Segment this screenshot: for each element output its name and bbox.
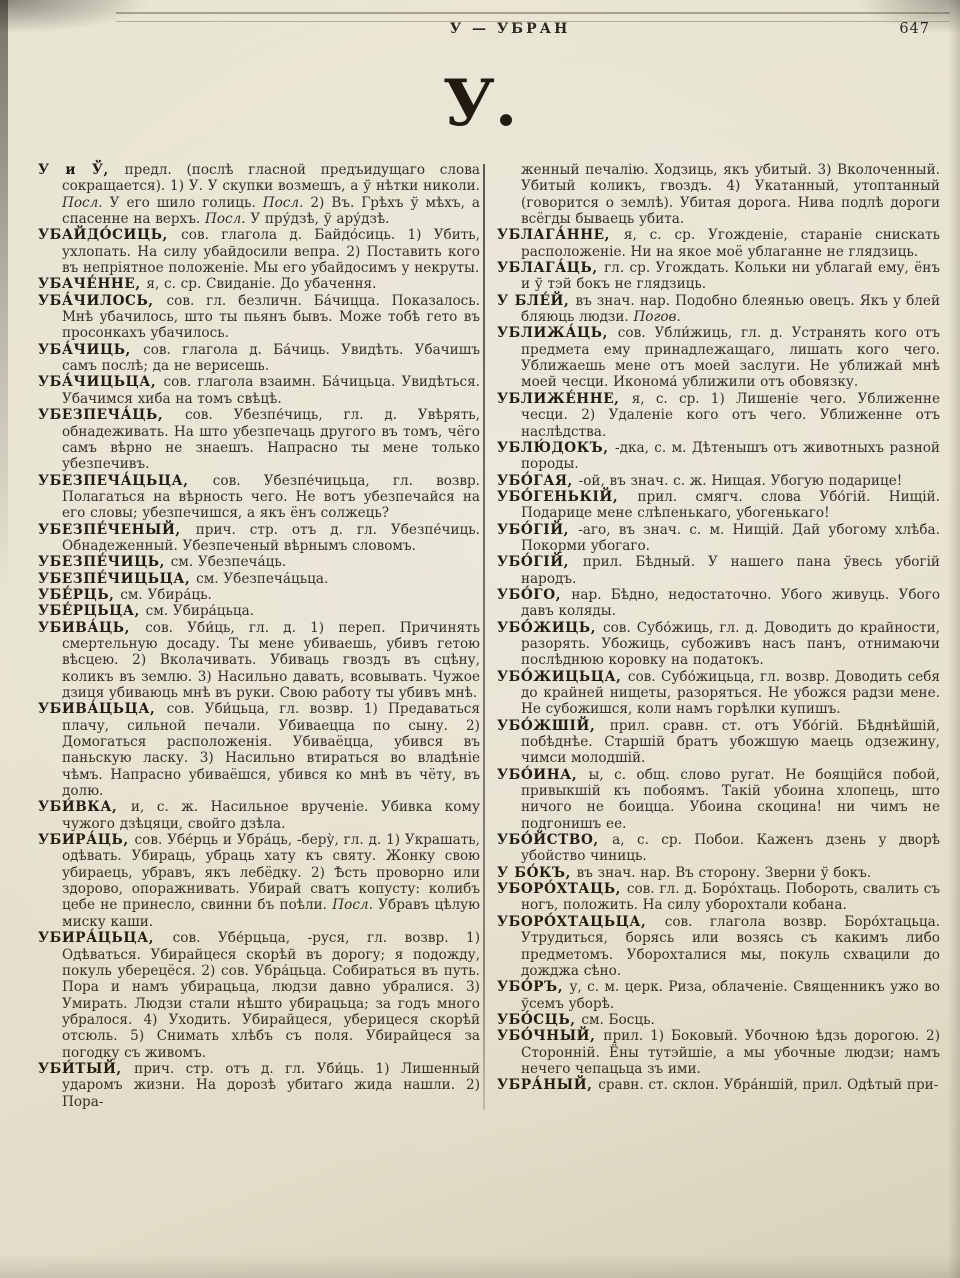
dictionary-entry: УБЕЗПЕЧА́ЦЬ, сов. Убезпе́чиць, гл. д. Ув… xyxy=(38,407,480,472)
entry-term: УБО́ЖИЦЬ, xyxy=(497,620,603,636)
dictionary-entry: УБЕЗПЕ́ЧЕНЫЙ, прич. стр. отъ д. гл. Убез… xyxy=(38,522,480,555)
entry-term: УБАЧЕ́ННЕ, xyxy=(38,276,146,292)
entry-body: предл. (послѣ гласной предъидущаго слова… xyxy=(62,162,480,227)
entry-term: УБО́РЪ, xyxy=(497,979,569,995)
entry-term: УБО́ГІЙ, xyxy=(497,522,578,538)
dictionary-entry: УБЛЮ́ДОКЪ, -дка, с. м. Дѣтенышъ отъ живо… xyxy=(497,440,940,473)
entry-body: женный печалію. Ходзиць, якъ убитый. 3) … xyxy=(521,162,940,227)
dictionary-entry: УБО́ЖИЦЬЦА, сов. Субо́жицьца, гл. возвр.… xyxy=(497,669,940,718)
dictionary-entry: женный печалію. Ходзиць, якъ убитый. 3) … xyxy=(497,162,940,227)
dictionary-entry: УБО́ГО, нар. Бѣдно, недостаточно. Убого … xyxy=(497,587,940,620)
dictionary-entry: УБО́ЧНЫЙ, прил. 1) Боковый. Убочною ѣдзь… xyxy=(497,1028,940,1077)
entry-term: УБЛИЖЕ́ННЕ, xyxy=(497,391,632,407)
entry-term: У БО́КЪ, xyxy=(497,865,577,881)
dictionary-entry: УБЕЗПЕЧА́ЦЬЦА, сов. Убезпе́чицьца, гл. в… xyxy=(38,473,480,522)
running-head: У — УБРАН xyxy=(60,21,960,37)
dictionary-entry: УБИВА́ЦЬ, сов. Уби́ць, гл. д. 1) переп. … xyxy=(38,620,480,702)
dictionary-entry: УБЕЗПЕ́ЧИЦЬ, см. Убезпеча́ць. xyxy=(38,554,480,570)
entry-body: см. Убезпеча́ць. xyxy=(171,554,286,570)
entry-body: -ой, въ знач. с. ж. Нищая. Убогую подари… xyxy=(579,473,903,489)
dictionary-entry: УБИРА́ЦЬ, сов. Убе́рць и Убра́ць, -беру̀… xyxy=(38,832,480,930)
dictionary-entry: УБА́ЧИЛОСЬ, сов. гл. безличн. Ба́чицца. … xyxy=(38,293,480,342)
dictionary-entry: УБОРО́ХТАЦЬ, сов. гл. д. Боро́хтаць. Поб… xyxy=(497,881,940,914)
entry-term: УБА́ЧИЦЬ, xyxy=(38,342,143,358)
entry-term: УБЕ́РЦЬ, xyxy=(38,587,120,603)
entry-term: УБОРО́ХТАЦЬЦА, xyxy=(497,914,665,930)
entry-body: сов. Убе́рцьца, -руся, гл. возвр. 1) Одѣ… xyxy=(62,930,480,1060)
text-column-right: женный печалію. Ходзиць, якъ убитый. 3) … xyxy=(497,162,940,1094)
entry-term: УБО́ИНА, xyxy=(497,767,589,783)
entry-body: въ знач. нар. Подобно блеянью овецъ. Якъ… xyxy=(521,293,940,325)
entry-term: УБИВА́ЦЬ, xyxy=(38,620,145,636)
entry-term: УБЕЗПЕ́ЧИЦЬЦА, xyxy=(38,571,196,587)
dictionary-entry: УБАЧЕ́ННЕ, я, с. ср. Свиданіе. До убачен… xyxy=(38,276,480,292)
entry-body: см. Босць. xyxy=(581,1012,654,1028)
entry-body: см. Убира́цьца. xyxy=(146,603,254,619)
entry-body: см. Убира́ць. xyxy=(120,587,212,603)
dictionary-entry: УБАЙДО́СИЦЬ, сов. глагола д. Байдо́сиць.… xyxy=(38,227,480,276)
entry-term: УБО́ЙСТВО, xyxy=(497,832,612,848)
dictionary-entry: УБО́ГАЯ, -ой, въ знач. с. ж. Нищая. Убог… xyxy=(497,473,940,489)
scan-edge-bottom-shadow xyxy=(0,1254,960,1278)
entry-term: УБЕ́РЦЬЦА, xyxy=(38,603,146,619)
entry-term: УБРА́НЫЙ, xyxy=(497,1077,598,1093)
entry-term: УБЛИЖА́ЦЬ, xyxy=(497,325,618,341)
entry-term: УБЕЗПЕЧА́ЦЬ, xyxy=(38,407,185,423)
entry-body: см. Убезпеча́цьца. xyxy=(196,571,328,587)
entry-term: УБЛЮ́ДОКЪ, xyxy=(497,440,615,456)
dictionary-entry: У БЛЕ́Й, въ знач. нар. Подобно блеянью о… xyxy=(497,293,940,326)
dictionary-entry: УБО́СЦЬ, см. Босць. xyxy=(497,1012,940,1028)
dictionary-entry: УБИРА́ЦЬЦА, сов. Убе́рцьца, -руся, гл. в… xyxy=(38,930,480,1061)
dictionary-entry: УБО́ЙСТВО, а, с. ср. Побои. Каженъ дзень… xyxy=(497,832,940,865)
entry-body: прил. Бѣдный. У нашего пана ўвесь убогій… xyxy=(521,554,940,586)
entry-term: УБИРА́ЦЬЦА, xyxy=(38,930,173,946)
dictionary-entry: УБОРО́ХТАЦЬЦА, сов. глагола возвр. Боро́… xyxy=(497,914,940,979)
page-number: 647 xyxy=(899,21,930,37)
entry-term: УБЕЗПЕЧА́ЦЬЦА, xyxy=(38,473,213,489)
column-divider-rule xyxy=(483,164,485,1110)
dictionary-entry: УБЛИЖА́ЦЬ, сов. Убли́жиць, гл. д. Устран… xyxy=(497,325,940,390)
entry-term: УБО́ЖШІЙ, xyxy=(497,718,610,734)
entry-term: У и Ў, xyxy=(38,162,125,178)
text-column-left: У и Ў, предл. (послѣ гласной предъидущаг… xyxy=(38,162,480,1110)
entry-body: я, с. ср. Свиданіе. До убачення. xyxy=(146,276,376,292)
entry-term: УБИВА́ЦЬЦА, xyxy=(38,701,167,717)
dictionary-entry: УБЕЗПЕ́ЧИЦЬЦА, см. Убезпеча́цьца. xyxy=(38,571,480,587)
dictionary-entry: УБА́ЧИЦЬЦА, сов. глагола взаимн. Ба́чиць… xyxy=(38,374,480,407)
entry-term: УБИ́ТЫЙ, xyxy=(38,1061,134,1077)
entry-body: сравн. ст. склон. Убра́ншій, прил. Одѣты… xyxy=(598,1077,938,1093)
dictionary-entry: УБА́ЧИЦЬ, сов. глагола д. Ба́чиць. Увидѣ… xyxy=(38,342,480,375)
section-letter-heading: У. xyxy=(0,72,960,136)
dictionary-entry: У и Ў, предл. (послѣ гласной предъидущаг… xyxy=(38,162,480,227)
entry-term: УБО́ЧНЫЙ, xyxy=(497,1028,603,1044)
dictionary-entry: УБО́ГІЙ, прил. Бѣдный. У нашего пана ўве… xyxy=(497,554,940,587)
entry-body: въ знач. нар. Въ сторону. Зверни ў бокъ. xyxy=(577,865,871,881)
dictionary-entry: УБЕ́РЦЬ, см. Убира́ць. xyxy=(38,587,480,603)
dictionary-entry: УБО́ГІЙ, -аго, въ знач. с. м. Нищій. Дай… xyxy=(497,522,940,555)
entry-term: УБО́ГАЯ, xyxy=(497,473,579,489)
dictionary-entry: У БО́КЪ, въ знач. нар. Въ сторону. Зверн… xyxy=(497,865,940,881)
entry-term: УБО́СЦЬ, xyxy=(497,1012,581,1028)
entry-term: УБИ́ВКА, xyxy=(38,799,131,815)
entry-term: УБА́ЧИЦЬЦА, xyxy=(38,374,163,390)
entry-term: УБИРА́ЦЬ, xyxy=(38,832,135,848)
dictionary-entry: УБИ́ВКА, и, с. ж. Насильное врученіе. Уб… xyxy=(38,799,480,832)
dictionary-entry: УБЕ́РЦЬЦА, см. Убира́цьца. xyxy=(38,603,480,619)
dictionary-entry: УБЛИЖЕ́ННЕ, я, с. ср. 1) Лишеніе чего. У… xyxy=(497,391,940,440)
dictionary-entry: УБО́ЖШІЙ, прил. сравн. ст. отъ Убо́гій. … xyxy=(497,718,940,767)
entry-term: УБО́ГЕНЬКІЙ, xyxy=(497,489,637,505)
dictionary-entry: УБО́ИНА, ы, с. общ. слово ругат. Не боящ… xyxy=(497,767,940,832)
entry-term: УБЛАГА́ННЕ, xyxy=(497,227,624,243)
entry-term: УБА́ЧИЛОСЬ, xyxy=(38,293,167,309)
entry-term: УБО́ГІЙ, xyxy=(497,554,583,570)
dictionary-entry: УБИВА́ЦЬЦА, сов. Уби́цьца, гл. возвр. 1)… xyxy=(38,701,480,799)
entry-term: УБЕЗПЕ́ЧИЦЬ, xyxy=(38,554,171,570)
entry-body: -аго, въ знач. с. м. Нищій. Дай убогому … xyxy=(521,522,940,554)
entry-body: нар. Бѣдно, недостаточно. Убого живуць. … xyxy=(521,587,940,619)
dictionary-entry: УБО́РЪ, у, с. м. церк. Риза, облаченіе. … xyxy=(497,979,940,1012)
entry-term: УБО́ГО, xyxy=(497,587,571,603)
entry-term: УБЛАГА́ЦЬ, xyxy=(497,260,604,276)
entry-term: УБО́ЖИЦЬЦА, xyxy=(497,669,628,685)
dictionary-entry: УБЛАГА́ЦЬ, гл. ср. Угождать. Кольки ни у… xyxy=(497,260,940,293)
entry-body: у, с. м. церк. Риза, облаченіе. Священни… xyxy=(521,979,940,1011)
dictionary-entry: УБЛАГА́ННЕ, я, с. ср. Угожденіе, старані… xyxy=(497,227,940,260)
dictionary-page: У — УБРАН 647 У. У и Ў, предл. (послѣ гл… xyxy=(0,0,960,1278)
dictionary-entry: УБИ́ТЫЙ, прич. стр. отъ д. гл. Уби́ць. 1… xyxy=(38,1061,480,1110)
entry-term: УБАЙДО́СИЦЬ, xyxy=(38,227,181,243)
entry-term: УБОРО́ХТАЦЬ, xyxy=(497,881,627,897)
entry-term: УБЕЗПЕ́ЧЕНЫЙ, xyxy=(38,522,196,538)
entry-term: У БЛЕ́Й, xyxy=(497,293,575,309)
dictionary-entry: УБО́ГЕНЬКІЙ, прил. смягч. слова Убо́гій.… xyxy=(497,489,940,522)
dictionary-entry: УБРА́НЫЙ, сравн. ст. склон. Убра́ншій, п… xyxy=(497,1077,940,1093)
scan-edge-right-shadow xyxy=(948,0,960,1278)
dictionary-entry: УБО́ЖИЦЬ, сов. Субо́жиць, гл. д. Доводит… xyxy=(497,620,940,669)
